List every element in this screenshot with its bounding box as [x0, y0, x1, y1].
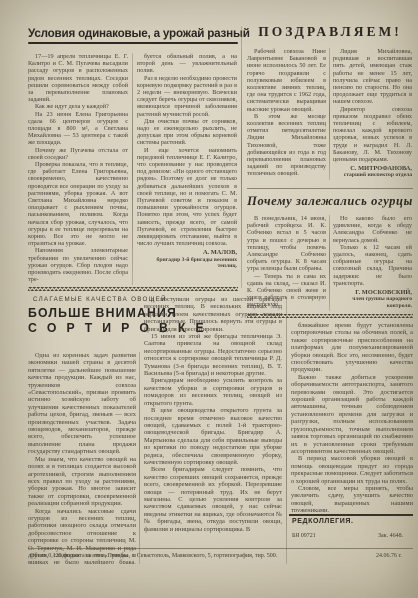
column-divider — [132, 53, 133, 285]
paragraph: Рабочей совхоза Нине Лаврентьевне Бакано… — [247, 48, 326, 113]
article-delayed-cucumbers: Почему залежались огурцы В понедельник, … — [247, 194, 413, 311]
paragraph: Директор совхоза приказом поздравил обеи… — [333, 106, 412, 164]
column-divider — [329, 48, 330, 180]
section-divider-vertical — [241, 26, 242, 288]
paragraph: буется обильный полив, а на второй день … — [137, 53, 237, 75]
signature-name: Г. МОСКОВСКИЙ, — [333, 289, 412, 296]
article-column: Но каково было его удивление, когда к об… — [333, 215, 412, 311]
paragraph: д поступили огурцы из шестой бригады вес… — [144, 296, 282, 333]
paragraph: Бригадирам необходимо усилить контроль з… — [144, 377, 282, 407]
imprint-line: Объем 0,125 формата газеты «Правда», г. … — [30, 553, 277, 559]
editorial-board-label: РЕДКОЛЛЕГИЯ. — [292, 518, 354, 525]
article-equal-conditions: Условия одинаковые, а урожай разный 17—1… — [28, 26, 238, 285]
paragraph: Почему же Пугачева отстала от своей сосе… — [28, 147, 128, 161]
article-column: д поступили огурцы из шестой бригады вес… — [144, 296, 282, 564]
paragraph: Проверка показала, что в теплице, где ра… — [28, 161, 128, 247]
column-divider — [286, 296, 287, 564]
paragraph: Напомним элементарные требования по увел… — [28, 247, 128, 283]
article-headline: Условия одинаковые, а урожай разный — [28, 26, 232, 40]
paragraph: И еще хочется напомнить передовой теплич… — [137, 147, 237, 248]
imprint-rule — [28, 548, 413, 549]
article-headline-line2: С О Р Т И Р О В К Е — [28, 321, 157, 335]
article-congratulations: ПОЗДРАВЛЯЕМ! Рабочей совхоза Нине Лаврен… — [247, 24, 413, 180]
paragraph: Только к 12 часам ей удалось, наконец, с… — [333, 244, 412, 287]
paragraph: Мы знаем, что качество овощей на полях и… — [28, 456, 136, 508]
signature-name: А. МАЛОВ, — [137, 249, 237, 256]
article-column: буется обильный полив, а на второй день … — [137, 53, 237, 285]
print-code-right: Зак. 4648. — [378, 533, 403, 539]
wavy-divider-left — [28, 287, 238, 291]
paragraph: В понедельник, 14 июня, рабочий стройцех… — [247, 215, 326, 273]
article-column: Одна из коренных задач развития экономик… — [28, 352, 136, 564]
paragraph: На 23 июня Елена Григорьевна сдала 66 це… — [28, 111, 128, 147]
paragraph: Как же идут дела у каждой? — [28, 103, 128, 110]
paragraph: В этом же месяце коллектив весенних тепл… — [247, 113, 326, 178]
signature-role: бригадир 3-й бригады весенних теплиц. — [137, 257, 237, 270]
article-column: Рабочей совхоза Нине Лаврентьевне Бакано… — [247, 48, 326, 180]
signature-role: старший инспектор отдела кадров совхоза. — [333, 172, 412, 180]
paragraph: ближайшее время будут установлены сортир… — [291, 322, 413, 374]
paragraph: Одна из коренных задач развития экономик… — [28, 352, 136, 456]
article-separator-rule — [247, 188, 413, 189]
paragraph: Лидия Михайловна, родившая и воспитавшая… — [333, 48, 412, 106]
paragraph: Для очистки почвы от сорняков, надо ее е… — [137, 118, 237, 147]
newspaper-page: Условия одинаковые, а урожай разный 17—1… — [0, 0, 418, 598]
article-column: 17—19 апреля тепличницы Е. Г. Калитро и … — [28, 53, 128, 285]
article-column: ближайшее время будут установлены сортир… — [291, 322, 413, 512]
paragraph: Всем бригадирам следует помнить, что кач… — [144, 466, 282, 533]
sorting-headline-block: БОЛЬШЕ ВНИМАНИЯ С О Р Т И Р О В К Е — [28, 306, 160, 335]
article-headline: Почему залежались огурцы — [247, 194, 413, 209]
article-headline: ПОЗДРАВЛЯЕМ! — [247, 24, 413, 40]
paragraph: В период массовой уборки овощей в помощь… — [291, 455, 413, 485]
article-column: Лидия Михайловна, родившая и воспитавшая… — [333, 48, 412, 180]
headline-underline — [28, 42, 238, 44]
paragraph: 17—19 апреля тепличницы Е. Г. Калитро и … — [28, 53, 128, 103]
paragraph: Важно также добиться ускорения оборачива… — [291, 374, 413, 455]
signature-role: член группы народного контроля. — [333, 296, 412, 309]
column-divider — [329, 215, 330, 311]
column-divider — [139, 352, 140, 564]
print-code-left: БЯ 09721 — [292, 533, 316, 539]
editorial-rule — [289, 514, 413, 516]
article-headline-line1: БОЛЬШЕ ВНИМАНИЯ — [28, 306, 157, 320]
paragraph: 15 июня из этой же бригады тепличница Э.… — [144, 333, 282, 377]
paragraph: Словом, все меры принять, чтобы увеличит… — [291, 485, 413, 512]
paragraph: В цехе овощеводства открытого грунта за … — [144, 407, 282, 466]
imprint-date: 24.06.76 г. — [376, 553, 402, 559]
paragraph: Раз в неделю необходимо провести корневу… — [137, 75, 237, 118]
paragraph: Но каково было его удивление, когда к об… — [333, 215, 412, 244]
